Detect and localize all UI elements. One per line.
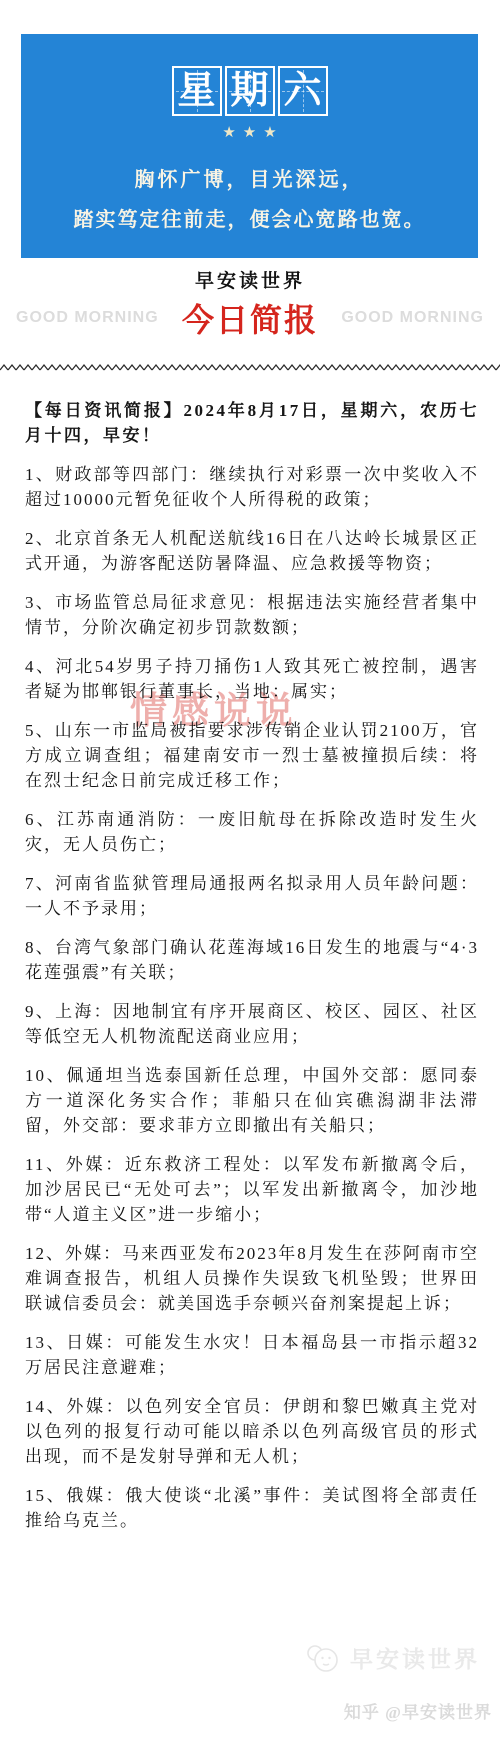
weekday-char-box: 期 [225,66,275,116]
weekday-char: 六 [280,68,326,114]
stars-icon: ★★★ [21,123,478,142]
masthead-title-row: GOOD MORNING 今日简报 GOOD MORNING [0,295,500,341]
briefing-item: 9、上海：因地制宜有序开展商区、校区、园区、社区等低空无人机物流配送商业应用； [25,999,479,1049]
briefing-item: 8、台湾气象部门确认花莲海域16日发生的地震与“4·3花莲强震”有关联； [25,935,479,985]
header-card: 星 期 六 ★★★ 胸怀广博，目光深远， 踏实笃定往前走，便会心宽路也宽。 [21,34,478,258]
briefing-item: 3、市场监管总局征求意见：根据违法实施经营者集中情节，分阶次确定初步罚款数额； [25,590,479,640]
zhihu-credit: 知乎 @早安读世界 [344,1698,492,1723]
smiley-face-icon [304,1643,344,1673]
good-morning-right-label: GOOD MORNING [341,309,484,327]
briefing-item: 7、河南省监狱管理局通报两名拟录用人员年龄问题：一人不予录用； [25,871,479,921]
weekday-grid: 星 期 六 [21,66,478,116]
briefing-item: 12、外媒：马来西亚发布2023年8月发生在莎阿南市空难调查报告，机组人员操作失… [25,1241,479,1316]
zigzag-divider [0,362,500,374]
brand-title: 早安读世界 [0,266,500,293]
briefing-page: 星 期 六 ★★★ 胸怀广博，目光深远， 踏实笃定往前走，便会心宽路也宽。 早安… [0,0,500,1739]
briefing-item: 2、北京首条无人机配送航线16日在八达岭长城景区正式开通，为游客配送防暑降温、应… [25,526,479,576]
briefing-item: 5、山东一市监局被指要求涉传销企业认罚2100万，官方成立调查组；福建南安市一烈… [25,718,479,793]
logo-watermark: 早安读世界 [304,1641,480,1674]
briefing-item: 14、外媒：以色列安全官员：伊朗和黎巴嫩真主党对以色列的报复行动可能以暗杀以色列… [25,1394,479,1469]
briefing-item: 11、外媒：近东救济工程处：以军发布新撤离令后，加沙居民已“无处可去”；以军发出… [25,1152,479,1227]
briefing-item: 1、财政部等四部门：继续执行对彩票一次中奖收入不超过10000元暂免征收个人所得… [25,462,479,512]
motto-line-2: 踏实笃定往前走，便会心宽路也宽。 [21,203,478,232]
briefing-item: 10、佩通坦当选泰国新任总理，中国外交部：愿同泰方一道深化务实合作；菲船只在仙宾… [25,1063,479,1138]
briefing-intro: 【每日资讯简报】2024年8月17日，星期六，农历七月十四，早安！ [25,398,479,448]
weekday-char: 期 [227,68,273,114]
page-title: 今日简报 [182,295,318,341]
weekday-char-box: 星 [172,66,222,116]
weekday-char-box: 六 [278,66,328,116]
briefing-content: 【每日资讯简报】2024年8月17日，星期六，农历七月十四，早安！ 1、财政部等… [25,398,479,1547]
motto-line-1: 胸怀广博，目光深远， [21,163,478,192]
weekday-char: 星 [174,68,220,114]
briefing-item: 6、江苏南通消防：一废旧航母在拆除改造时发生火灾，无人员伤亡； [25,807,479,857]
briefing-item: 15、俄媒：俄大使谈“北溪”事件：美试图将全部责任推给乌克兰。 [25,1483,479,1533]
logo-watermark-text: 早安读世界 [350,1641,480,1674]
briefing-item: 4、河北54岁男子持刀捅伤1人致其死亡被控制，遇害者疑为邯郸银行董事长，当地：属… [25,654,479,704]
good-morning-left-label: GOOD MORNING [16,309,159,327]
briefing-item: 13、日媒：可能发生水灾！日本福岛县一市指示超32万居民注意避难； [25,1330,479,1380]
